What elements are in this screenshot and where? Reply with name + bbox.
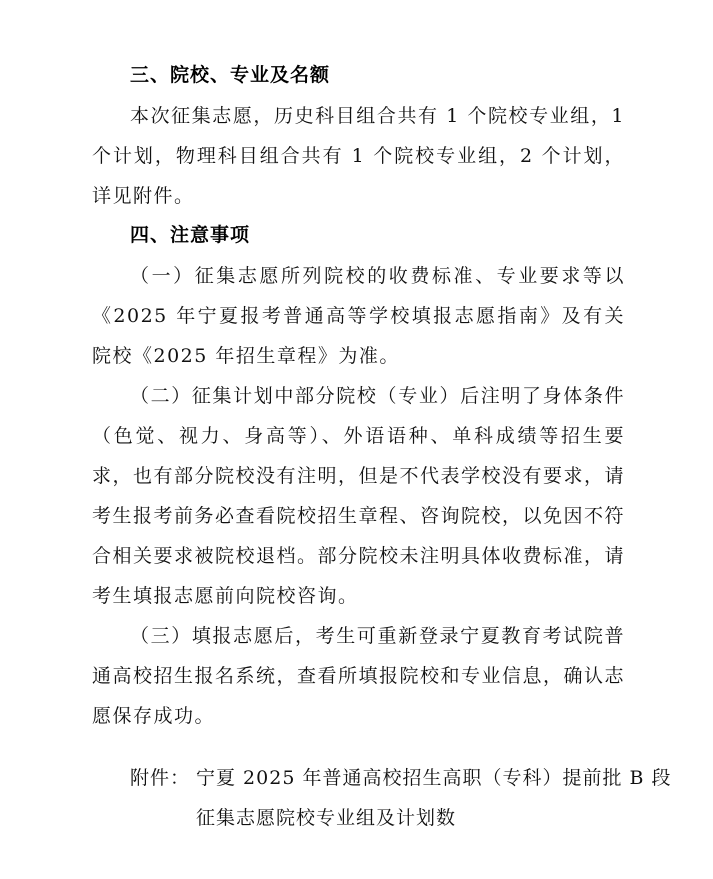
section-heading-notes: 四、注意事项 [92, 216, 625, 256]
document-page: 三、院校、专业及名额 本次征集志愿，历史科目组合共有 1 个院校专业组，1 个计… [0, 0, 713, 879]
attachment-label: 附件： [130, 758, 190, 798]
attachment-title: 宁夏 2025 年普通高校招生高职（专科）提前批 B 段 征集志愿院校专业组及计… [196, 758, 671, 838]
section-heading-institutions: 三、院校、专业及名额 [92, 56, 625, 96]
attachment-title-line-2: 征集志愿院校专业组及计划数 [196, 798, 671, 838]
paragraph-note-1: （一）征集志愿所列院校的收费标准、专业要求等以《2025 年宁夏报考普通高等学校… [92, 256, 625, 376]
attachment-note: 附件： 宁夏 2025 年普通高校招生高职（专科）提前批 B 段 征集志愿院校专… [130, 758, 625, 838]
paragraph-plan-counts: 本次征集志愿，历史科目组合共有 1 个院校专业组，1 个计划，物理科目组合共有 … [92, 96, 625, 216]
paragraph-note-2: （二）征集计划中部分院校（专业）后注明了身体条件（色觉、视力、身高等）、外语语种… [92, 376, 625, 616]
attachment-title-line-1: 宁夏 2025 年普通高校招生高职（专科）提前批 B 段 [196, 758, 671, 798]
paragraph-note-3: （三）填报志愿后，考生可重新登录宁夏教育考试院普通高校招生报名系统，查看所填报院… [92, 616, 625, 736]
document-content: 三、院校、专业及名额 本次征集志愿，历史科目组合共有 1 个院校专业组，1 个计… [92, 56, 625, 838]
